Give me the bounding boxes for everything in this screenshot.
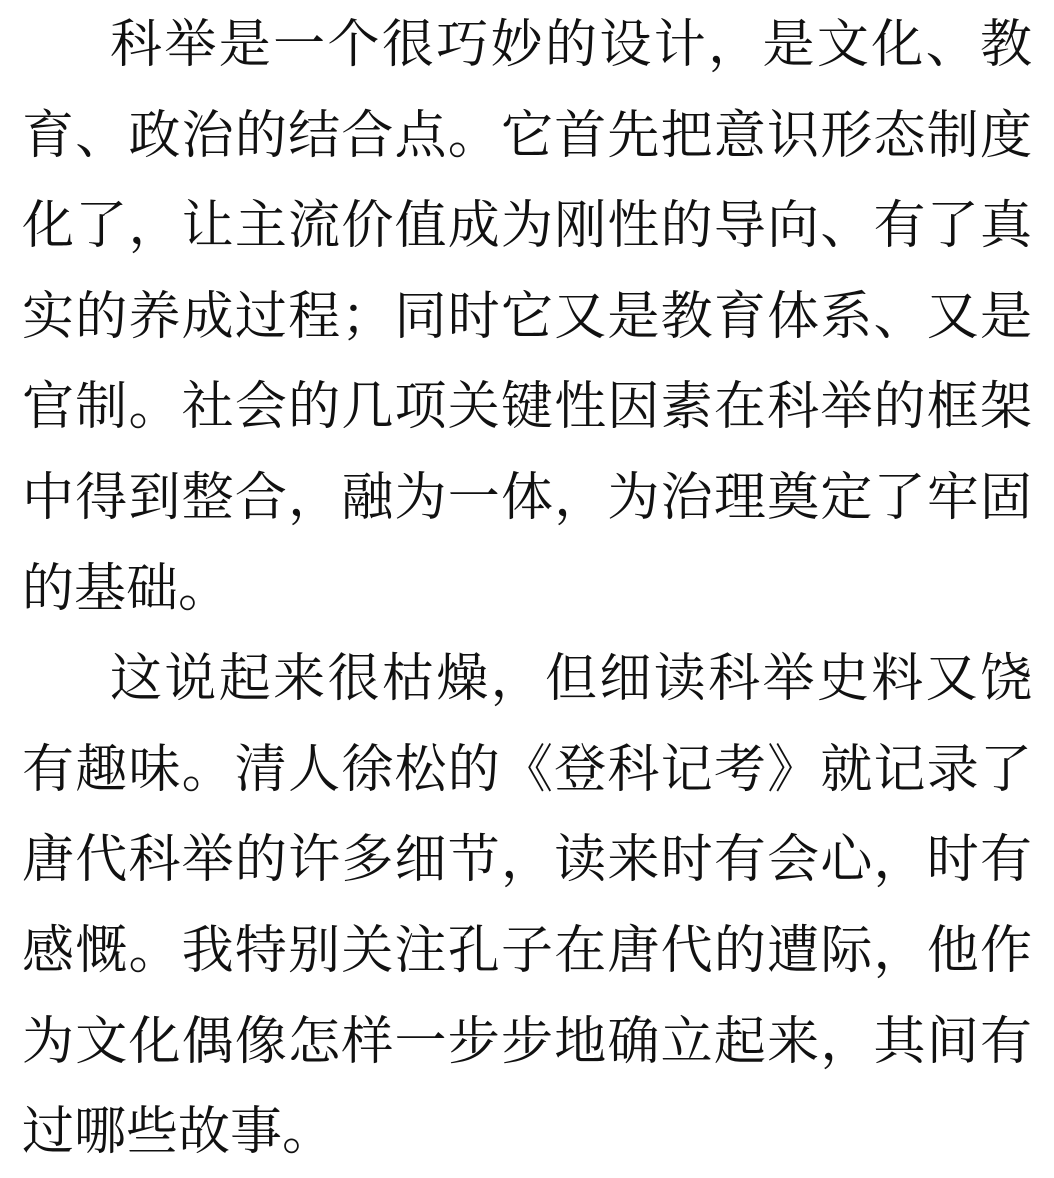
text-page: 科举是一个很巧妙的设计，是文化、教育、政治的结合点。它首先把意识形态制度化了，让… bbox=[0, 0, 1054, 1178]
paragraph-2: 这说起来很枯燥，但细读科举史料又饶有趣味。清人徐松的《登科记考》就记录了唐代科举… bbox=[22, 634, 1032, 1178]
paragraph-1: 科举是一个很巧妙的设计，是文化、教育、政治的结合点。它首先把意识形态制度化了，让… bbox=[22, 0, 1032, 634]
